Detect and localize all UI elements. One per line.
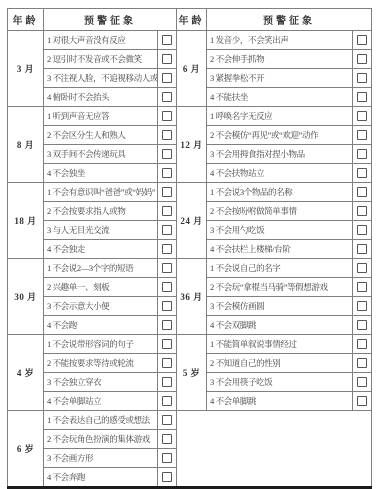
sign-text-right: 1 不会说3个物品的名称	[207, 183, 353, 202]
age-cell-right: 12 月	[177, 107, 207, 183]
checkbox[interactable]	[162, 415, 172, 425]
checkbox[interactable]	[357, 263, 367, 273]
table-row: 4 岁1 不会说带形容词的句子5 岁1 不能简单叙说事情经过	[8, 335, 372, 354]
checkbox[interactable]	[357, 396, 367, 406]
age-cell-right: 24 月	[177, 183, 207, 259]
checkbox[interactable]	[162, 282, 172, 292]
checkbox-cell	[158, 69, 177, 88]
checkbox[interactable]	[162, 358, 172, 368]
checkbox[interactable]	[162, 92, 172, 102]
sign-text-left: 4 不会独走	[44, 240, 158, 259]
checkbox-cell	[158, 278, 177, 297]
empty-cell	[177, 411, 372, 467]
sign-text-right: 4 不能扶坐	[207, 88, 353, 107]
checkbox-cell	[158, 430, 177, 449]
checkbox-cell	[353, 88, 372, 107]
checkbox-cell	[353, 31, 372, 50]
checkbox-cell	[353, 221, 372, 240]
sign-text-left: 3 不注视人脸，不追视移动人或物品	[44, 69, 158, 88]
sign-text-left: 4 俯卧时不会抬头	[44, 88, 158, 107]
checkbox-cell	[158, 164, 177, 183]
sign-text-right: 2 不会伸手抓物	[207, 50, 353, 69]
checkbox[interactable]	[357, 206, 367, 216]
checkbox-cell	[353, 50, 372, 69]
age-cell-left: 18 月	[8, 183, 44, 259]
sign-text-right: 2 不会按吩咐做简单事情	[207, 202, 353, 221]
table-row: 8 月1 听到声音无应答12 月1 呼唤名字无反应	[8, 107, 372, 126]
checkbox-cell	[353, 373, 372, 392]
checkbox-cell	[353, 392, 372, 411]
checkbox[interactable]	[357, 244, 367, 254]
sign-text-right: 3 紧握拳松不开	[207, 69, 353, 88]
sign-text-left: 4 不会独坐	[44, 164, 158, 183]
sign-text-left: 1 听到声音无应答	[44, 107, 158, 126]
age-cell-left: 8 月	[8, 107, 44, 183]
checkbox[interactable]	[357, 130, 367, 140]
sign-text-left: 2 逗引时不发音或不会微笑	[44, 50, 158, 69]
table-row: 30 月1 不会说2—3个字的短语36 月1 不会说自己的名字	[8, 259, 372, 278]
checkbox[interactable]	[162, 377, 172, 387]
signs-header-left: 预警征象	[44, 9, 177, 31]
sign-text-left: 2 不会区分生人和熟人	[44, 126, 158, 145]
sign-text-right: 4 不会扶物站立	[207, 164, 353, 183]
checkbox-cell	[158, 88, 177, 107]
checkbox[interactable]	[357, 54, 367, 64]
checkbox-cell	[353, 259, 372, 278]
checkbox[interactable]	[162, 206, 172, 216]
sign-text-right: 4 不会单脚跳	[207, 392, 353, 411]
sign-text-left: 2 兴趣单一、刻板	[44, 278, 158, 297]
sign-text-right: 1 呼唤名字无反应	[207, 107, 353, 126]
sign-text-right: 1 发音少，不会笑出声	[207, 31, 353, 50]
checkbox[interactable]	[357, 73, 367, 83]
checkbox-cell	[158, 335, 177, 354]
signs-header-right: 预警征象	[207, 9, 372, 31]
checkbox[interactable]	[162, 320, 172, 330]
sign-text-left: 2 不会玩角色扮演的集体游戏	[44, 430, 158, 449]
checkbox-cell	[353, 316, 372, 335]
sign-text-right: 3 不会用拇食指对捏小物品	[207, 145, 353, 164]
sign-text-left: 4 不会跑	[44, 316, 158, 335]
age-cell-right: 5 岁	[177, 335, 207, 411]
sign-text-right: 3 不会模仿画圆	[207, 297, 353, 316]
checkbox-cell	[353, 278, 372, 297]
checkbox[interactable]	[162, 54, 172, 64]
checkbox-cell	[158, 145, 177, 164]
checkbox[interactable]	[357, 377, 367, 387]
sign-text-left: 3 不会独立穿衣	[44, 373, 158, 392]
checkbox-cell	[353, 69, 372, 88]
sign-text-right: 1 不会说自己的名字	[207, 259, 353, 278]
sign-text-left: 4 不会单脚站立	[44, 392, 158, 411]
checkbox[interactable]	[162, 263, 172, 273]
age-cell-left: 30 月	[8, 259, 44, 335]
sign-text-left: 3 不会画方形	[44, 449, 158, 467]
checkbox[interactable]	[162, 149, 172, 159]
age-cell-right: 36 月	[177, 259, 207, 335]
checkbox[interactable]	[162, 396, 172, 406]
checkbox[interactable]	[162, 73, 172, 83]
checkbox-cell	[158, 31, 177, 50]
checkbox[interactable]	[162, 225, 172, 235]
checkbox[interactable]	[357, 168, 367, 178]
checkbox-cell	[158, 316, 177, 335]
age-header-left: 年龄	[8, 9, 44, 31]
checkbox-cell	[353, 126, 372, 145]
checkbox-cell	[158, 240, 177, 259]
checkbox-cell	[158, 373, 177, 392]
sign-text-left: 2 不会按要求指人或物	[44, 202, 158, 221]
checkbox-cell	[353, 183, 372, 202]
sign-text-right: 1 不能简单叙说事情经过	[207, 335, 353, 354]
sign-text-left: 2 不能按要求等待或轮流	[44, 354, 158, 373]
sign-text-left: 1 不会说带形容词的句子	[44, 335, 158, 354]
sign-text-left: 1 对很大声音没有反应	[44, 31, 158, 50]
checkbox-cell	[353, 354, 372, 373]
checkbox[interactable]	[357, 282, 367, 292]
sign-text-right: 3 不会用筷子吃饭	[207, 373, 353, 392]
sign-text-right: 2 不知道自己的性别	[207, 354, 353, 373]
checkbox-cell	[158, 392, 177, 411]
checkbox-cell	[353, 297, 372, 316]
sign-text-right: 2 不会玩“拿棍当马骑”等假想游戏	[207, 278, 353, 297]
checkbox[interactable]	[357, 187, 367, 197]
checkbox[interactable]	[357, 320, 367, 330]
checkbox-cell	[158, 221, 177, 240]
sign-text-right: 2 不会模仿“再见”或“欢迎”动作	[207, 126, 353, 145]
checkbox[interactable]	[357, 149, 367, 159]
sign-text-left: 3 双手间不会传递玩具	[44, 145, 158, 164]
table-row: 18 月1 不会有意识叫“爸爸”或“妈妈”24 月1 不会说3个物品的名称	[8, 183, 372, 202]
checkbox-cell	[158, 411, 177, 430]
header-row: 年龄 预警征象 年龄 预警征象	[8, 9, 372, 31]
checkbox-cell	[353, 202, 372, 221]
checkbox[interactable]	[162, 453, 172, 463]
checkbox-cell	[158, 202, 177, 221]
checkbox-cell	[158, 107, 177, 126]
checkbox-cell	[353, 164, 372, 183]
table-row: 3 月1 对很大声音没有反应6 月1 发音少，不会笑出声	[8, 31, 372, 50]
scanned-checklist-page: 年龄 预警征象 年龄 预警征象 3 月1 对很大声音没有反应6 月1 发音少，不…	[7, 8, 372, 466]
sign-text-left: 3 不会示意大小便	[44, 297, 158, 316]
sign-text-left: 1 不会有意识叫“爸爸”或“妈妈”	[44, 183, 158, 202]
checkbox[interactable]	[357, 358, 367, 368]
checkbox[interactable]	[357, 111, 367, 121]
checkbox[interactable]	[357, 225, 367, 235]
checkbox-cell	[353, 335, 372, 354]
checkbox[interactable]	[357, 92, 367, 102]
checkbox[interactable]	[162, 130, 172, 140]
checkbox[interactable]	[162, 187, 172, 197]
checkbox-cell	[353, 107, 372, 126]
checkbox-cell	[158, 297, 177, 316]
table-row: 6 岁1 不会表达自己的感受或想法	[8, 411, 372, 430]
sign-text-left: 1 不会表达自己的感受或想法	[44, 411, 158, 430]
checkbox-cell	[158, 259, 177, 278]
checkbox[interactable]	[162, 244, 172, 254]
age-cell-right: 6 月	[177, 31, 207, 107]
warning-signs-table: 年龄 预警征象 年龄 预警征象 3 月1 对很大声音没有反应6 月1 发音少，不…	[7, 8, 372, 466]
sign-text-left: 1 不会说2—3个字的短语	[44, 259, 158, 278]
checkbox-cell	[353, 240, 372, 259]
age-cell-left: 3 月	[8, 31, 44, 107]
checkbox[interactable]	[357, 35, 367, 45]
checkbox[interactable]	[357, 339, 367, 349]
checkbox[interactable]	[162, 168, 172, 178]
checkbox-cell	[158, 449, 177, 467]
sign-text-left: 3 与人无目光交流	[44, 221, 158, 240]
checkbox[interactable]	[162, 35, 172, 45]
age-cell-left: 6 岁	[8, 411, 44, 467]
checkbox-cell	[353, 145, 372, 164]
checkbox-cell	[158, 354, 177, 373]
checkbox[interactable]	[357, 301, 367, 311]
sign-text-right: 3 不会用勺吃饭	[207, 221, 353, 240]
checkbox[interactable]	[162, 301, 172, 311]
checkbox-cell	[158, 183, 177, 202]
sign-text-right: 4 不会扶栏上楼梯/台阶	[207, 240, 353, 259]
sign-text-right: 4 不会双脚跳	[207, 316, 353, 335]
age-header-right: 年龄	[177, 9, 207, 31]
checkbox-cell	[158, 126, 177, 145]
age-cell-left: 4 岁	[8, 335, 44, 411]
checkbox[interactable]	[162, 339, 172, 349]
checkbox[interactable]	[162, 111, 172, 121]
checkbox-cell	[158, 50, 177, 69]
checkbox[interactable]	[162, 434, 172, 444]
